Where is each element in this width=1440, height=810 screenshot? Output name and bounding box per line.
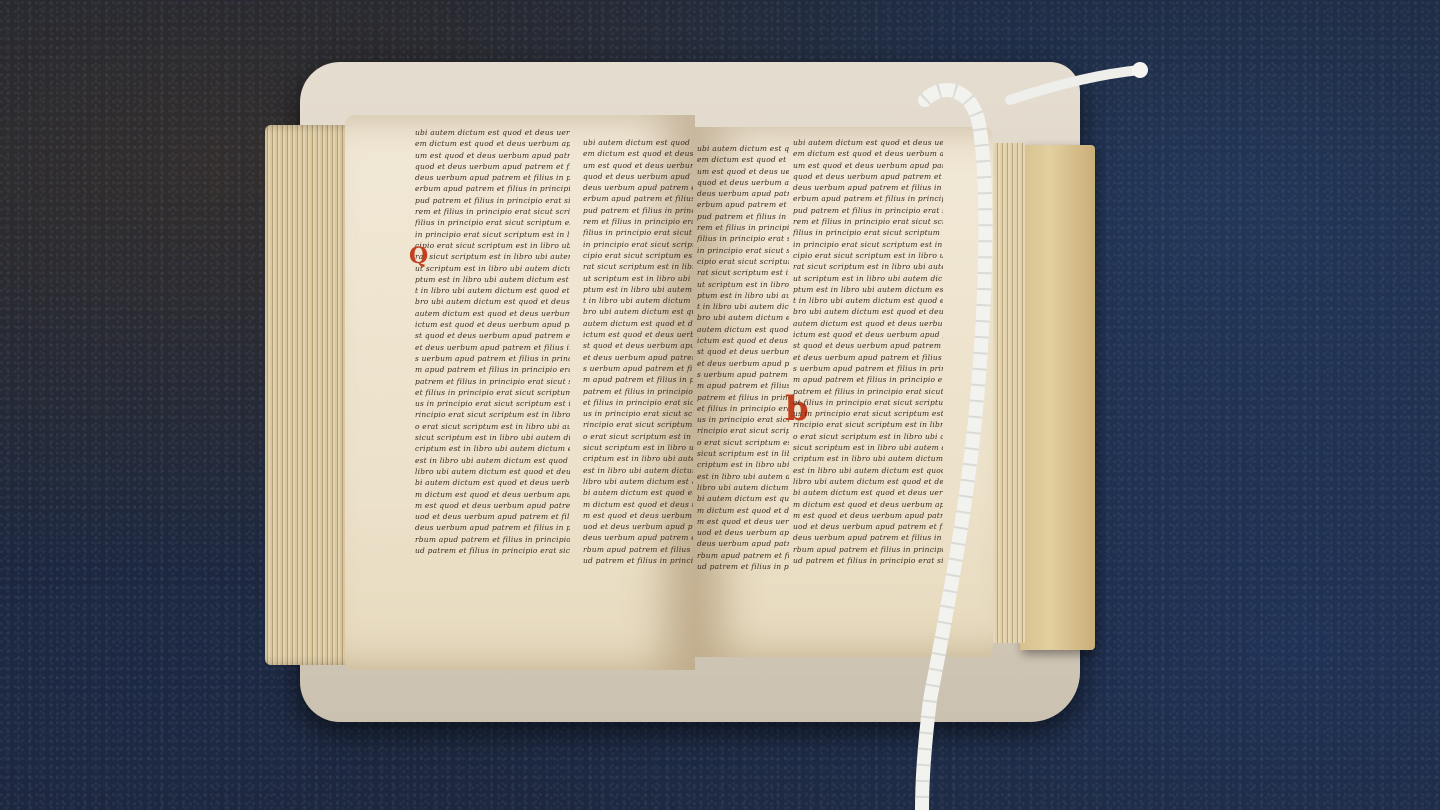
script-line: em dictum est quod et deus uerbum apud p… — [697, 154, 789, 165]
script-line: uod et deus uerbum apud patrem et filius… — [583, 521, 693, 532]
script-line: rat sicut scriptum est in libro ubi aute… — [697, 267, 789, 278]
script-line: criptum est in libro ubi autem dictum es… — [415, 443, 570, 454]
script-line: rincipio erat sicut scriptum est in libr… — [793, 419, 943, 430]
script-line: rat sicut scriptum est in libro ubi aute… — [415, 251, 570, 262]
script-line: cipio erat sicut scriptum est in libro u… — [697, 256, 789, 267]
left-page-column-2: ubi autem dictum est quod et deus uerbum… — [583, 137, 693, 567]
script-line: o erat sicut scriptum est in libro ubi a… — [793, 431, 943, 442]
script-line: bro ubi autem dictum est quod et deus ue… — [415, 296, 570, 307]
script-line: ptum est in libro ubi autem dictum est q… — [583, 284, 693, 295]
script-line: pud patrem et filius in principio erat s… — [697, 211, 789, 222]
script-line: erbum apud patrem et filius in principio… — [415, 183, 570, 194]
script-line: ubi autem dictum est quod et deus uerbum… — [583, 137, 693, 148]
script-line: ictum est quod et deus uerbum apud patre… — [697, 335, 789, 346]
script-line: rbum apud patrem et filius in principio … — [583, 544, 693, 555]
left-page-edges — [265, 125, 355, 665]
script-line: cipio erat sicut scriptum est in libro u… — [583, 250, 693, 261]
script-line: deus uerbum apud patrem et filius in pri… — [415, 172, 570, 183]
script-line: deus uerbum apud patrem et filius in pri… — [415, 522, 570, 533]
script-line: ud patrem et filius in principio erat si… — [583, 555, 693, 566]
script-line: deus uerbum apud patrem et filius in pri… — [697, 188, 789, 199]
script-line: filius in principio erat sicut scriptum … — [793, 227, 943, 238]
script-line: s uerbum apud patrem et filius in princi… — [793, 363, 943, 374]
script-line: ud patrem et filius in principio erat si… — [415, 545, 570, 556]
script-line: deus uerbum apud patrem et filius in pri… — [583, 182, 693, 193]
left-page-column-1: ubi autem dictum est quod et deus uerbum… — [415, 127, 570, 567]
script-line: et filius in principio erat sicut script… — [793, 397, 943, 408]
script-line: quod et deus uerbum apud patrem et filiu… — [793, 171, 943, 182]
script-line: patrem et filius in principio erat sicut… — [697, 392, 789, 403]
right-page-column-1: ubi autem dictum est quod et deus uerbum… — [697, 143, 789, 583]
script-line: m est quod et deus uerbum apud patrem et… — [697, 516, 789, 527]
script-line: in principio erat sicut scriptum est in … — [793, 239, 943, 250]
script-line: erbum apud patrem et filius in principio… — [583, 193, 693, 204]
right-cover-board — [1020, 145, 1095, 650]
script-line: deus uerbum apud patrem et filius in pri… — [697, 538, 789, 549]
script-line: autem dictum est quod et deus uerbum apu… — [697, 324, 789, 335]
script-line: uod et deus uerbum apud patrem et filius… — [697, 527, 789, 538]
script-line: pud patrem et filius in principio erat s… — [793, 205, 943, 216]
script-line: o erat sicut scriptum est in libro ubi a… — [583, 431, 693, 442]
script-line: m est quod et deus uerbum apud patrem et… — [793, 510, 943, 521]
script-line: rem et filius in principio erat sicut sc… — [415, 206, 570, 217]
script-line: in principio erat sicut scriptum est in … — [583, 239, 693, 250]
photo-scene: ubi autem dictum est quod et deus uerbum… — [0, 0, 1440, 810]
script-line: ubi autem dictum est quod et deus uerbum… — [793, 137, 943, 148]
script-line: patrem et filius in principio erat sicut… — [415, 376, 570, 387]
script-line: criptum est in libro ubi autem dictum es… — [583, 453, 693, 464]
script-line: t in libro ubi autem dictum est quod et … — [697, 301, 789, 312]
script-line: rat sicut scriptum est in libro ubi aute… — [793, 261, 943, 272]
script-line: ictum est quod et deus uerbum apud patre… — [793, 329, 943, 340]
script-line: st quod et deus uerbum apud patrem et fi… — [793, 340, 943, 351]
script-line: quod et deus uerbum apud patrem et filiu… — [697, 177, 789, 188]
right-page: ubi autem dictum est quod et deus uerbum… — [693, 127, 993, 657]
script-line: autem dictum est quod et deus uerbum apu… — [415, 308, 570, 319]
script-line: criptum est in libro ubi autem dictum es… — [697, 459, 789, 470]
script-line: o erat sicut scriptum est in libro ubi a… — [415, 421, 570, 432]
script-line: quod et deus uerbum apud patrem et filiu… — [415, 161, 570, 172]
script-line: autem dictum est quod et deus uerbum apu… — [583, 318, 693, 329]
script-line: us in principio erat sicut scriptum est … — [793, 408, 943, 419]
script-line: sicut scriptum est in libro ubi autem di… — [583, 442, 693, 453]
script-line: rat sicut scriptum est in libro ubi aute… — [583, 261, 693, 272]
script-line: et deus uerbum apud patrem et filius in … — [415, 342, 570, 353]
script-line: uod et deus uerbum apud patrem et filius… — [793, 521, 943, 532]
script-line: in principio erat sicut scriptum est in … — [697, 245, 789, 256]
script-line: m apud patrem et filius in principio era… — [415, 364, 570, 375]
script-line: m dictum est quod et deus uerbum apud pa… — [697, 505, 789, 516]
script-line: ut scriptum est in libro ubi autem dictu… — [415, 263, 570, 274]
script-line: est in libro ubi autem dictum est quod e… — [793, 465, 943, 476]
script-line: et filius in principio erat sicut script… — [583, 397, 693, 408]
script-line: rbum apud patrem et filius in principio … — [793, 544, 943, 555]
script-line: uod et deus uerbum apud patrem et filius… — [415, 511, 570, 522]
script-line: rincipio erat sicut scriptum est in libr… — [583, 419, 693, 430]
script-line: bi autem dictum est quod et deus uerbum … — [415, 477, 570, 488]
script-line: st quod et deus uerbum apud patrem et fi… — [415, 330, 570, 341]
script-line: filius in principio erat sicut scriptum … — [697, 233, 789, 244]
script-line: sicut scriptum est in libro ubi autem di… — [793, 442, 943, 453]
right-page-column-2: ubi autem dictum est quod et deus uerbum… — [793, 137, 943, 577]
script-line: em dictum est quod et deus uerbum apud p… — [415, 138, 570, 149]
script-line: erbum apud patrem et filius in principio… — [697, 199, 789, 210]
script-line: ubi autem dictum est quod et deus uerbum… — [415, 127, 570, 138]
red-initial-q: Q — [409, 243, 428, 269]
script-line: quod et deus uerbum apud patrem et filiu… — [583, 171, 693, 182]
script-line: cipio erat sicut scriptum est in libro u… — [415, 240, 570, 251]
script-line: filius in principio erat sicut scriptum … — [583, 227, 693, 238]
script-line: s uerbum apud patrem et filius in princi… — [583, 363, 693, 374]
script-line: in principio erat sicut scriptum est in … — [415, 229, 570, 240]
script-line: est in libro ubi autem dictum est quod e… — [697, 471, 789, 482]
script-line: autem dictum est quod et deus uerbum apu… — [793, 318, 943, 329]
script-line: patrem et filius in principio erat sicut… — [583, 386, 693, 397]
script-line: m dictum est quod et deus uerbum apud pa… — [415, 489, 570, 500]
script-line: rincipio erat sicut scriptum est in libr… — [697, 425, 789, 436]
script-line: o erat sicut scriptum est in libro ubi a… — [697, 437, 789, 448]
script-line: et deus uerbum apud patrem et filius in … — [793, 352, 943, 363]
script-line: rem et filius in principio erat sicut sc… — [697, 222, 789, 233]
script-line: t in libro ubi autem dictum est quod et … — [415, 285, 570, 296]
script-line: pud patrem et filius in principio erat s… — [415, 195, 570, 206]
script-line: us in principio erat sicut scriptum est … — [583, 408, 693, 419]
script-line: sicut scriptum est in libro ubi autem di… — [415, 432, 570, 443]
script-line: m est quod et deus uerbum apud patrem et… — [583, 510, 693, 521]
script-line: cipio erat sicut scriptum est in libro u… — [793, 250, 943, 261]
script-line: et filius in principio erat sicut script… — [697, 403, 789, 414]
script-line: est in libro ubi autem dictum est quod e… — [583, 465, 693, 476]
script-line: m apud patrem et filius in principio era… — [697, 380, 789, 391]
script-line: deus uerbum apud patrem et filius in pri… — [793, 182, 943, 193]
script-line: ictum est quod et deus uerbum apud patre… — [583, 329, 693, 340]
script-line: deus uerbum apud patrem et filius in pri… — [583, 532, 693, 543]
script-line: bro ubi autem dictum est quod et deus ue… — [793, 306, 943, 317]
script-line: m dictum est quod et deus uerbum apud pa… — [793, 499, 943, 510]
script-line: bro ubi autem dictum est quod et deus ue… — [583, 306, 693, 317]
script-line: m apud patrem et filius in principio era… — [583, 374, 693, 385]
script-line: ptum est in libro ubi autem dictum est q… — [793, 284, 943, 295]
script-line: libro ubi autem dictum est quod et deus … — [793, 476, 943, 487]
script-line: libro ubi autem dictum est quod et deus … — [583, 476, 693, 487]
script-line: t in libro ubi autem dictum est quod et … — [793, 295, 943, 306]
script-line: m apud patrem et filius in principio era… — [793, 374, 943, 385]
script-line: ptum est in libro ubi autem dictum est q… — [415, 274, 570, 285]
script-line: ut scriptum est in libro ubi autem dictu… — [793, 273, 943, 284]
manuscript-codex: ubi autem dictum est quod et deus uerbum… — [265, 115, 1095, 675]
script-line: ut scriptum est in libro ubi autem dictu… — [583, 273, 693, 284]
script-line: rem et filius in principio erat sicut sc… — [793, 216, 943, 227]
script-line: s uerbum apud patrem et filius in princi… — [415, 353, 570, 364]
script-line: um est quod et deus uerbum apud patrem e… — [793, 160, 943, 171]
script-line: rbum apud patrem et filius in principio … — [415, 534, 570, 545]
script-line: m dictum est quod et deus uerbum apud pa… — [583, 499, 693, 510]
script-line: ud patrem et filius in principio erat si… — [793, 555, 943, 566]
script-line: libro ubi autem dictum est quod et deus … — [415, 466, 570, 477]
script-line: et deus uerbum apud patrem et filius in … — [583, 352, 693, 363]
script-line: deus uerbum apud patrem et filius in pri… — [793, 532, 943, 543]
script-line: t in libro ubi autem dictum est quod et … — [583, 295, 693, 306]
script-line: st quod et deus uerbum apud patrem et fi… — [697, 346, 789, 357]
script-line: patrem et filius in principio erat sicut… — [793, 386, 943, 397]
script-line: ptum est in libro ubi autem dictum est q… — [697, 290, 789, 301]
script-line: bi autem dictum est quod et deus uerbum … — [697, 493, 789, 504]
script-line: em dictum est quod et deus uerbum apud p… — [583, 148, 693, 159]
script-line: st quod et deus uerbum apud patrem et fi… — [583, 340, 693, 351]
script-line: sicut scriptum est in libro ubi autem di… — [697, 448, 789, 459]
script-line: et deus uerbum apud patrem et filius in … — [697, 358, 789, 369]
script-line: us in principio erat sicut scriptum est … — [697, 414, 789, 425]
script-line: erbum apud patrem et filius in principio… — [793, 193, 943, 204]
script-line: rbum apud patrem et filius in principio … — [697, 550, 789, 561]
script-line: filius in principio erat sicut scriptum … — [415, 217, 570, 228]
script-line: m est quod et deus uerbum apud patrem et… — [415, 500, 570, 511]
script-line: um est quod et deus uerbum apud patrem e… — [583, 160, 693, 171]
script-line: um est quod et deus uerbum apud patrem e… — [697, 166, 789, 177]
script-line: libro ubi autem dictum est quod et deus … — [697, 482, 789, 493]
script-line: ictum est quod et deus uerbum apud patre… — [415, 319, 570, 330]
script-line: em dictum est quod et deus uerbum apud p… — [793, 148, 943, 159]
script-line: bi autem dictum est quod et deus uerbum … — [583, 487, 693, 498]
script-line: s uerbum apud patrem et filius in princi… — [697, 369, 789, 380]
script-line: criptum est in libro ubi autem dictum es… — [793, 453, 943, 464]
script-line: ud patrem et filius in principio erat si… — [697, 561, 789, 572]
script-line: est in libro ubi autem dictum est quod e… — [415, 455, 570, 466]
script-line: ubi autem dictum est quod et deus uerbum… — [697, 143, 789, 154]
script-line: rem et filius in principio erat sicut sc… — [583, 216, 693, 227]
script-line: um est quod et deus uerbum apud patrem e… — [415, 150, 570, 161]
script-line: us in principio erat sicut scriptum est … — [415, 398, 570, 409]
script-line: rincipio erat sicut scriptum est in libr… — [415, 409, 570, 420]
script-line: pud patrem et filius in principio erat s… — [583, 205, 693, 216]
script-line: bi autem dictum est quod et deus uerbum … — [793, 487, 943, 498]
script-line: ut scriptum est in libro ubi autem dictu… — [697, 279, 789, 290]
left-page: ubi autem dictum est quod et deus uerbum… — [345, 115, 695, 670]
script-line: bro ubi autem dictum est quod et deus ue… — [697, 312, 789, 323]
script-line: et filius in principio erat sicut script… — [415, 387, 570, 398]
